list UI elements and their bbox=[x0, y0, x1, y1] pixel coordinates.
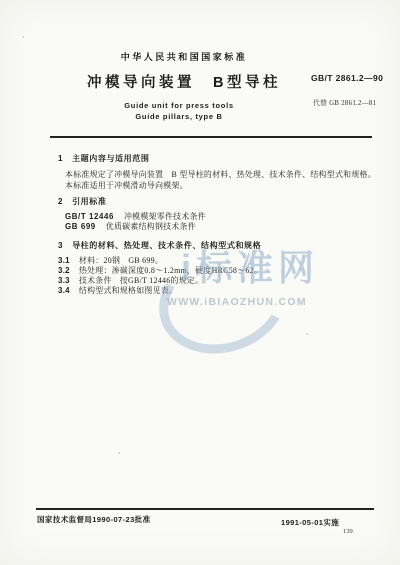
english-title-line1: Guide unit for press tools bbox=[0, 101, 358, 110]
section-2-heading: 2引用标准 bbox=[58, 196, 106, 207]
english-title-line2: Guide pillars, type B bbox=[0, 112, 358, 121]
clause-text: 技术条件 按GB/T 12446的规定。 bbox=[79, 276, 203, 285]
section-1-number: 1 bbox=[58, 154, 63, 163]
clause-number: 3.2 bbox=[58, 266, 70, 275]
reference-title: 优质碳素结构钢技术条件 bbox=[106, 222, 196, 231]
section-3-number: 3 bbox=[58, 241, 63, 250]
reference-title: 冲模模架零件技术条件 bbox=[124, 212, 206, 221]
clause-text: 结构型式和规格如图见表。 bbox=[79, 286, 177, 295]
implementation-note: 1991-05-01实施 bbox=[281, 517, 339, 528]
clause-text: 热处理：渗碳深度0.8～1.2mm，硬度HRC58～62。 bbox=[79, 266, 262, 275]
approval-note: 国家技术监督局1990-07-23批准 bbox=[37, 514, 150, 525]
scan-speckle bbox=[22, 36, 24, 38]
section-1-paragraph-line2: 本标准适用于冲模滑动导向模架。 bbox=[65, 180, 188, 191]
clause-number: 3.1 bbox=[58, 256, 70, 265]
section-3-heading: 3导柱的材料、热处理、技术条件、结构型式和规格 bbox=[58, 240, 261, 251]
clause-text: 材料：20钢 GB 699。 bbox=[79, 256, 163, 265]
reference-code: GB/T 12446 bbox=[65, 212, 114, 221]
clause-3-4: 3.4结构型式和规格如图见表。 bbox=[58, 285, 177, 296]
standard-number: GB/T 2861.2—90 bbox=[311, 73, 383, 83]
document-page: 中华人民共和国国家标准 冲模导向装置 B型导柱 GB/T 2861.2—90 代… bbox=[0, 0, 400, 565]
standard-label: 中华人民共和国国家标准 bbox=[0, 50, 368, 63]
scan-speckle bbox=[306, 333, 308, 335]
section-3-title: 导柱的材料、热处理、技术条件、结构型式和规格 bbox=[72, 241, 261, 250]
section-2-title: 引用标准 bbox=[72, 197, 106, 206]
section-1-title: 主题内容与适用范围 bbox=[72, 154, 149, 163]
scan-speckle bbox=[118, 452, 120, 454]
footer-rule bbox=[36, 508, 374, 510]
header-rule bbox=[50, 136, 372, 138]
clause-number: 3.4 bbox=[58, 286, 70, 295]
section-1-heading: 1主题内容与适用范围 bbox=[58, 153, 149, 164]
page-number: 139 bbox=[343, 528, 353, 535]
reference-item: GB 699优质碳素结构钢技术条件 bbox=[65, 221, 196, 232]
section-2-number: 2 bbox=[58, 197, 63, 206]
watermark-swoosh-icon bbox=[145, 232, 300, 369]
section-1-paragraph-line1: 本标准规定了冲模导向装置 B 型导柱的材料、热处理、技术条件、结构型式和规格。 bbox=[65, 169, 376, 180]
watermark-url: WWW.iBIAOZHUN.COM bbox=[167, 296, 307, 308]
reference-code: GB 699 bbox=[65, 222, 96, 231]
clause-number: 3.3 bbox=[58, 276, 70, 285]
